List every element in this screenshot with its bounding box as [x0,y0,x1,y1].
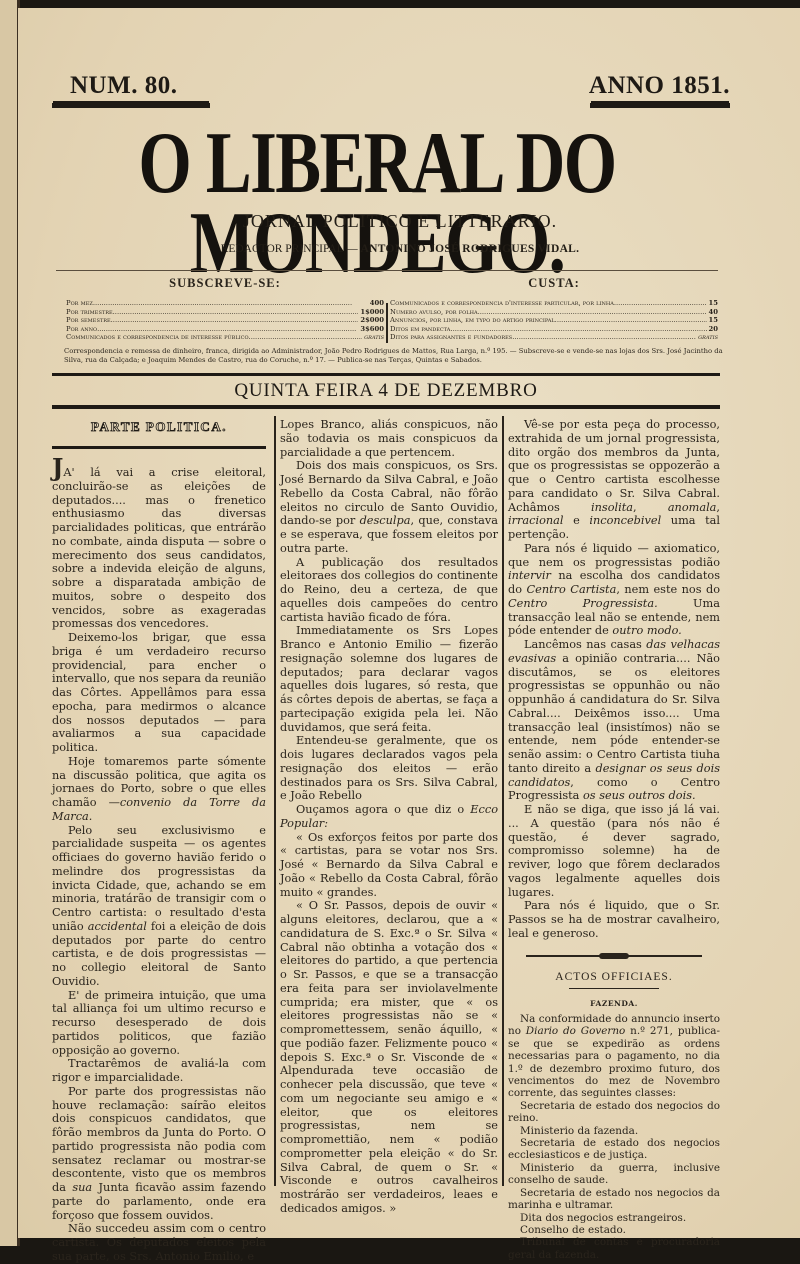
price-row: Communicados e correspondencia de intere… [66,333,384,342]
list-item: Secretaria de estado nos negocios da mar… [508,1187,720,1212]
list-item: Dita dos negocios estrangeiros. [508,1212,720,1224]
quote-paragraph: « O Sr. Passos, depois de ouvir « alguns… [280,899,498,1215]
column-divider [274,416,276,1186]
subscription-heading: SUBSCREVE-SE: [66,279,384,293]
divider [52,373,720,376]
paragraph: Dois dos mais conspicuos, os Srs. José B… [280,459,498,555]
costs-table: CUSTA: Communicados e correspondencia d'… [390,279,718,342]
price-row: Ditos para assignantes e fundadoresgrati… [390,333,718,342]
paragraph: Deixemo-los brigar, que essa briga é um … [52,631,266,755]
article-column-3: Vê-se por esta peça do processo, extrahi… [508,418,720,1246]
article-column-1: PARTE POLITICA. JA' lá vai a crise eleit… [52,416,266,1246]
paragraph: JA' lá vai a crise eleitoral, concluirão… [52,461,266,631]
header-rule-right [590,103,730,108]
editor-name: ANTONINO JOSÉ RODRIGUES VIDAL. [361,243,580,255]
paragraph: Na conformidade do annuncio inserto no D… [508,1013,720,1100]
price-row: Por semestre2$000 [66,316,384,325]
subscription-table: SUBSCREVE-SE: Por mez400 Por trimestre1$… [66,279,384,342]
column-divider [502,416,504,1186]
paragraph: Ouçamos agora o que diz o Ecco Popular: [280,803,498,831]
issue-header: NUM. 80. ANNO 1851. [52,72,730,112]
actos-officiaes-title: ACTOS OFFICIAES. [508,971,720,985]
paragraph: Lancêmos nas casas das velhacas evasivas… [508,638,720,803]
paragraph: Entendeu-se geralmente, que os dois luga… [280,734,498,803]
list-item: Ministerio da guerra, inclusive conselho… [508,1162,720,1187]
actos-officiaes-body: Na conformidade do annuncio inserto no D… [508,1013,720,1246]
section-title: PARTE POLITICA. [52,420,266,438]
paragraph: Vê-se por esta peça do processo, extrahi… [508,418,720,542]
publication-note: Correspondencia e remessa de dinheiro, f… [64,347,724,364]
divider [52,446,266,449]
paragraph: A publicação dos resultados eleitoraes d… [280,556,498,625]
dateline: QUINTA FEIRA 4 DE DEZEMBRO [52,380,720,402]
price-row: Por trimestre1$000 [66,308,384,317]
quote-paragraph: « Os exforços feitos por parte dos « car… [280,831,498,900]
article-column-2: Lopes Branco, aliás conspicuos, não são … [280,418,498,1216]
list-item: Secretaria de estado dos negocios do rei… [508,1100,720,1125]
paragraph: Para nós é liquido, que o Sr. Passos se … [508,899,720,940]
newspaper-subtitle: JORNAL POLITICO E LITTERARIO. [50,211,750,232]
price-row: Communicados e correspondencia d'interes… [390,299,718,308]
price-row: Por anno3$600 [66,325,384,334]
issue-year: ANNO 1851. [589,72,730,100]
ornamental-divider [526,955,702,957]
price-row: Annuncios, por linha, em typo do artigo … [390,316,718,325]
pricing-box: SUBSCREVE-SE: Por mez400 Por trimestre1$… [66,279,718,371]
list-item: Tribunal de contas e procuradoria geral … [508,1236,720,1246]
list-item: Conselho de estado. [508,1224,720,1236]
list-item: Secretaria de estado dos negocios eccles… [508,1137,720,1162]
header-rule-left [52,103,210,108]
paragraph: Tractarêmos de avaliá-la com rigor e imp… [52,1057,266,1085]
newspaper-page: NUM. 80. ANNO 1851. O LIBERAL DO MONDEGO… [18,8,800,1238]
book-binding [0,0,20,1246]
divider [56,270,718,271]
newspaper-title: O LIBERAL DO MONDEGO. [108,124,646,284]
paragraph: Para nós é liquido — axiomatico, que nem… [508,542,720,638]
paragraph: Por parte dos progressistas não houve re… [52,1085,266,1223]
divider [569,988,659,989]
price-row: Numero avulso, por folha40 [390,308,718,317]
paragraph: E não se diga, que isso já lá vai. ... A… [508,803,720,899]
paragraph: Lopes Branco, aliás conspicuos, não são … [280,418,498,459]
fazenda-heading: FAZENDA. [508,997,720,1011]
costs-heading: CUSTA: [390,279,718,293]
price-row: Por mez400 [66,299,384,308]
paragraph: Hoje tomaremos parte sómente na discussã… [52,755,266,824]
editor-line: REDACTOR PRINCIPAL — ANTONINO JOSÉ RODRI… [50,243,750,255]
divider [52,405,720,409]
divider [386,303,388,343]
editor-label: REDACTOR PRINCIPAL — [221,243,358,255]
price-row: Ditos em pandecta20 [390,325,718,334]
paragraph: E' de primeira intuição, que uma tal all… [52,989,266,1058]
issue-number: NUM. 80. [70,72,177,100]
paragraph: Immediatamente os Srs Lopes Branco e Ant… [280,624,498,734]
list-item: Ministerio da fazenda. [508,1125,720,1137]
paragraph: Pelo seu exclusivismo e parcialidade sus… [52,824,266,989]
drop-cap: J [52,453,63,482]
paragraph: Não succedeu assim com o centro cartista… [52,1222,266,1246]
